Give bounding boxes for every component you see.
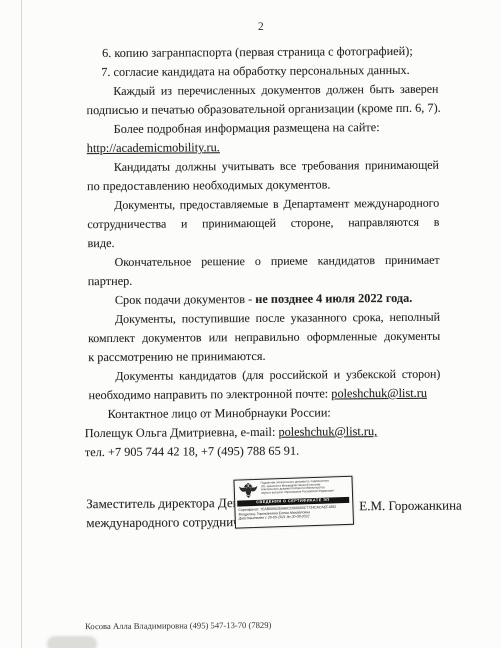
- deadline-bold-text: не позднее 4 июля 2022 года.: [255, 291, 412, 306]
- body-line: Документы, поступившие после указанного …: [115, 310, 440, 329]
- email-line-prefix: необходимо направить по электронной почт…: [88, 386, 331, 402]
- body-line: к рассмотрению не принимаются.: [88, 349, 265, 365]
- website-link: http://academicmobility.ru.: [87, 140, 220, 156]
- body-line: по предоставлению необходимых документов…: [87, 177, 331, 194]
- signer-name: Е.М. Горожанкина: [359, 498, 462, 515]
- body-line: Каждый из перечисленных документов долже…: [113, 82, 438, 101]
- phone-line: тел. +7 905 744 42 18, +7 (495) 788 65 9…: [85, 444, 299, 460]
- deadline-line: Срок подачи документов - не позднее 4 ию…: [115, 291, 413, 308]
- contact-line-prefix: Полещук Ольга Дмитриевна, e-mail:: [85, 425, 279, 440]
- body-line: Более подробная информация размещена на …: [114, 120, 380, 137]
- contact-line: Полещук Ольга Дмитриевна, e-mail: polesh…: [85, 424, 378, 441]
- deadline-prefix: Срок подачи документов -: [115, 292, 256, 307]
- email-line: необходимо направить по электронной почт…: [88, 386, 427, 403]
- body-line: Документы, предоставляемые в Департамент…: [114, 196, 439, 215]
- body-line: виде.: [87, 236, 114, 251]
- page-number: 2: [258, 21, 264, 33]
- list-item-7: 7. согласие кандидата на обработку персо…: [101, 63, 410, 80]
- contact-heading: Контактное лицо от Минобрнауки России:: [108, 405, 331, 422]
- scanned-document-page: 2 6. копию загранпаспорта (первая страни…: [0, 0, 501, 648]
- body-line: комплект документов или неправильно офор…: [88, 329, 440, 348]
- list-item-6: 6. копию загранпаспорта (первая страница…: [102, 44, 413, 61]
- body-line: партнер.: [88, 274, 133, 289]
- body-line: сотрудничества и принимающей стороне, на…: [87, 215, 439, 234]
- stamp-certificate-info: Сертификат: 7EAB0060250A6CC660600C7734CA…: [238, 505, 351, 522]
- stamp-header-text: Подлинник электронного документа, подпис…: [261, 479, 350, 495]
- scan-artifact: [47, 636, 97, 648]
- body-line: подписью и печатью образовательной орган…: [86, 101, 440, 118]
- body-line: Кандидаты должны учитывать все требовани…: [114, 158, 439, 177]
- double-headed-eagle-icon: [238, 482, 260, 500]
- stamp-title-text: СВЕДЕНИЯ О СЕРТИФИКАТЕ ЭП: [257, 498, 330, 504]
- body-line: Документы кандидатов (для российской и у…: [115, 367, 440, 386]
- esignature-stamp: Подлинник электронного документа, подпис…: [233, 476, 354, 529]
- email-link: poleshchuk@list.ru: [331, 386, 427, 401]
- email-link: poleshchuk@list.ru,: [278, 424, 377, 439]
- executor-contact: Косова Алла Владимировна (495) 547-13-70…: [85, 620, 271, 631]
- body-line: Окончательное решение о приеме кандидато…: [115, 253, 440, 272]
